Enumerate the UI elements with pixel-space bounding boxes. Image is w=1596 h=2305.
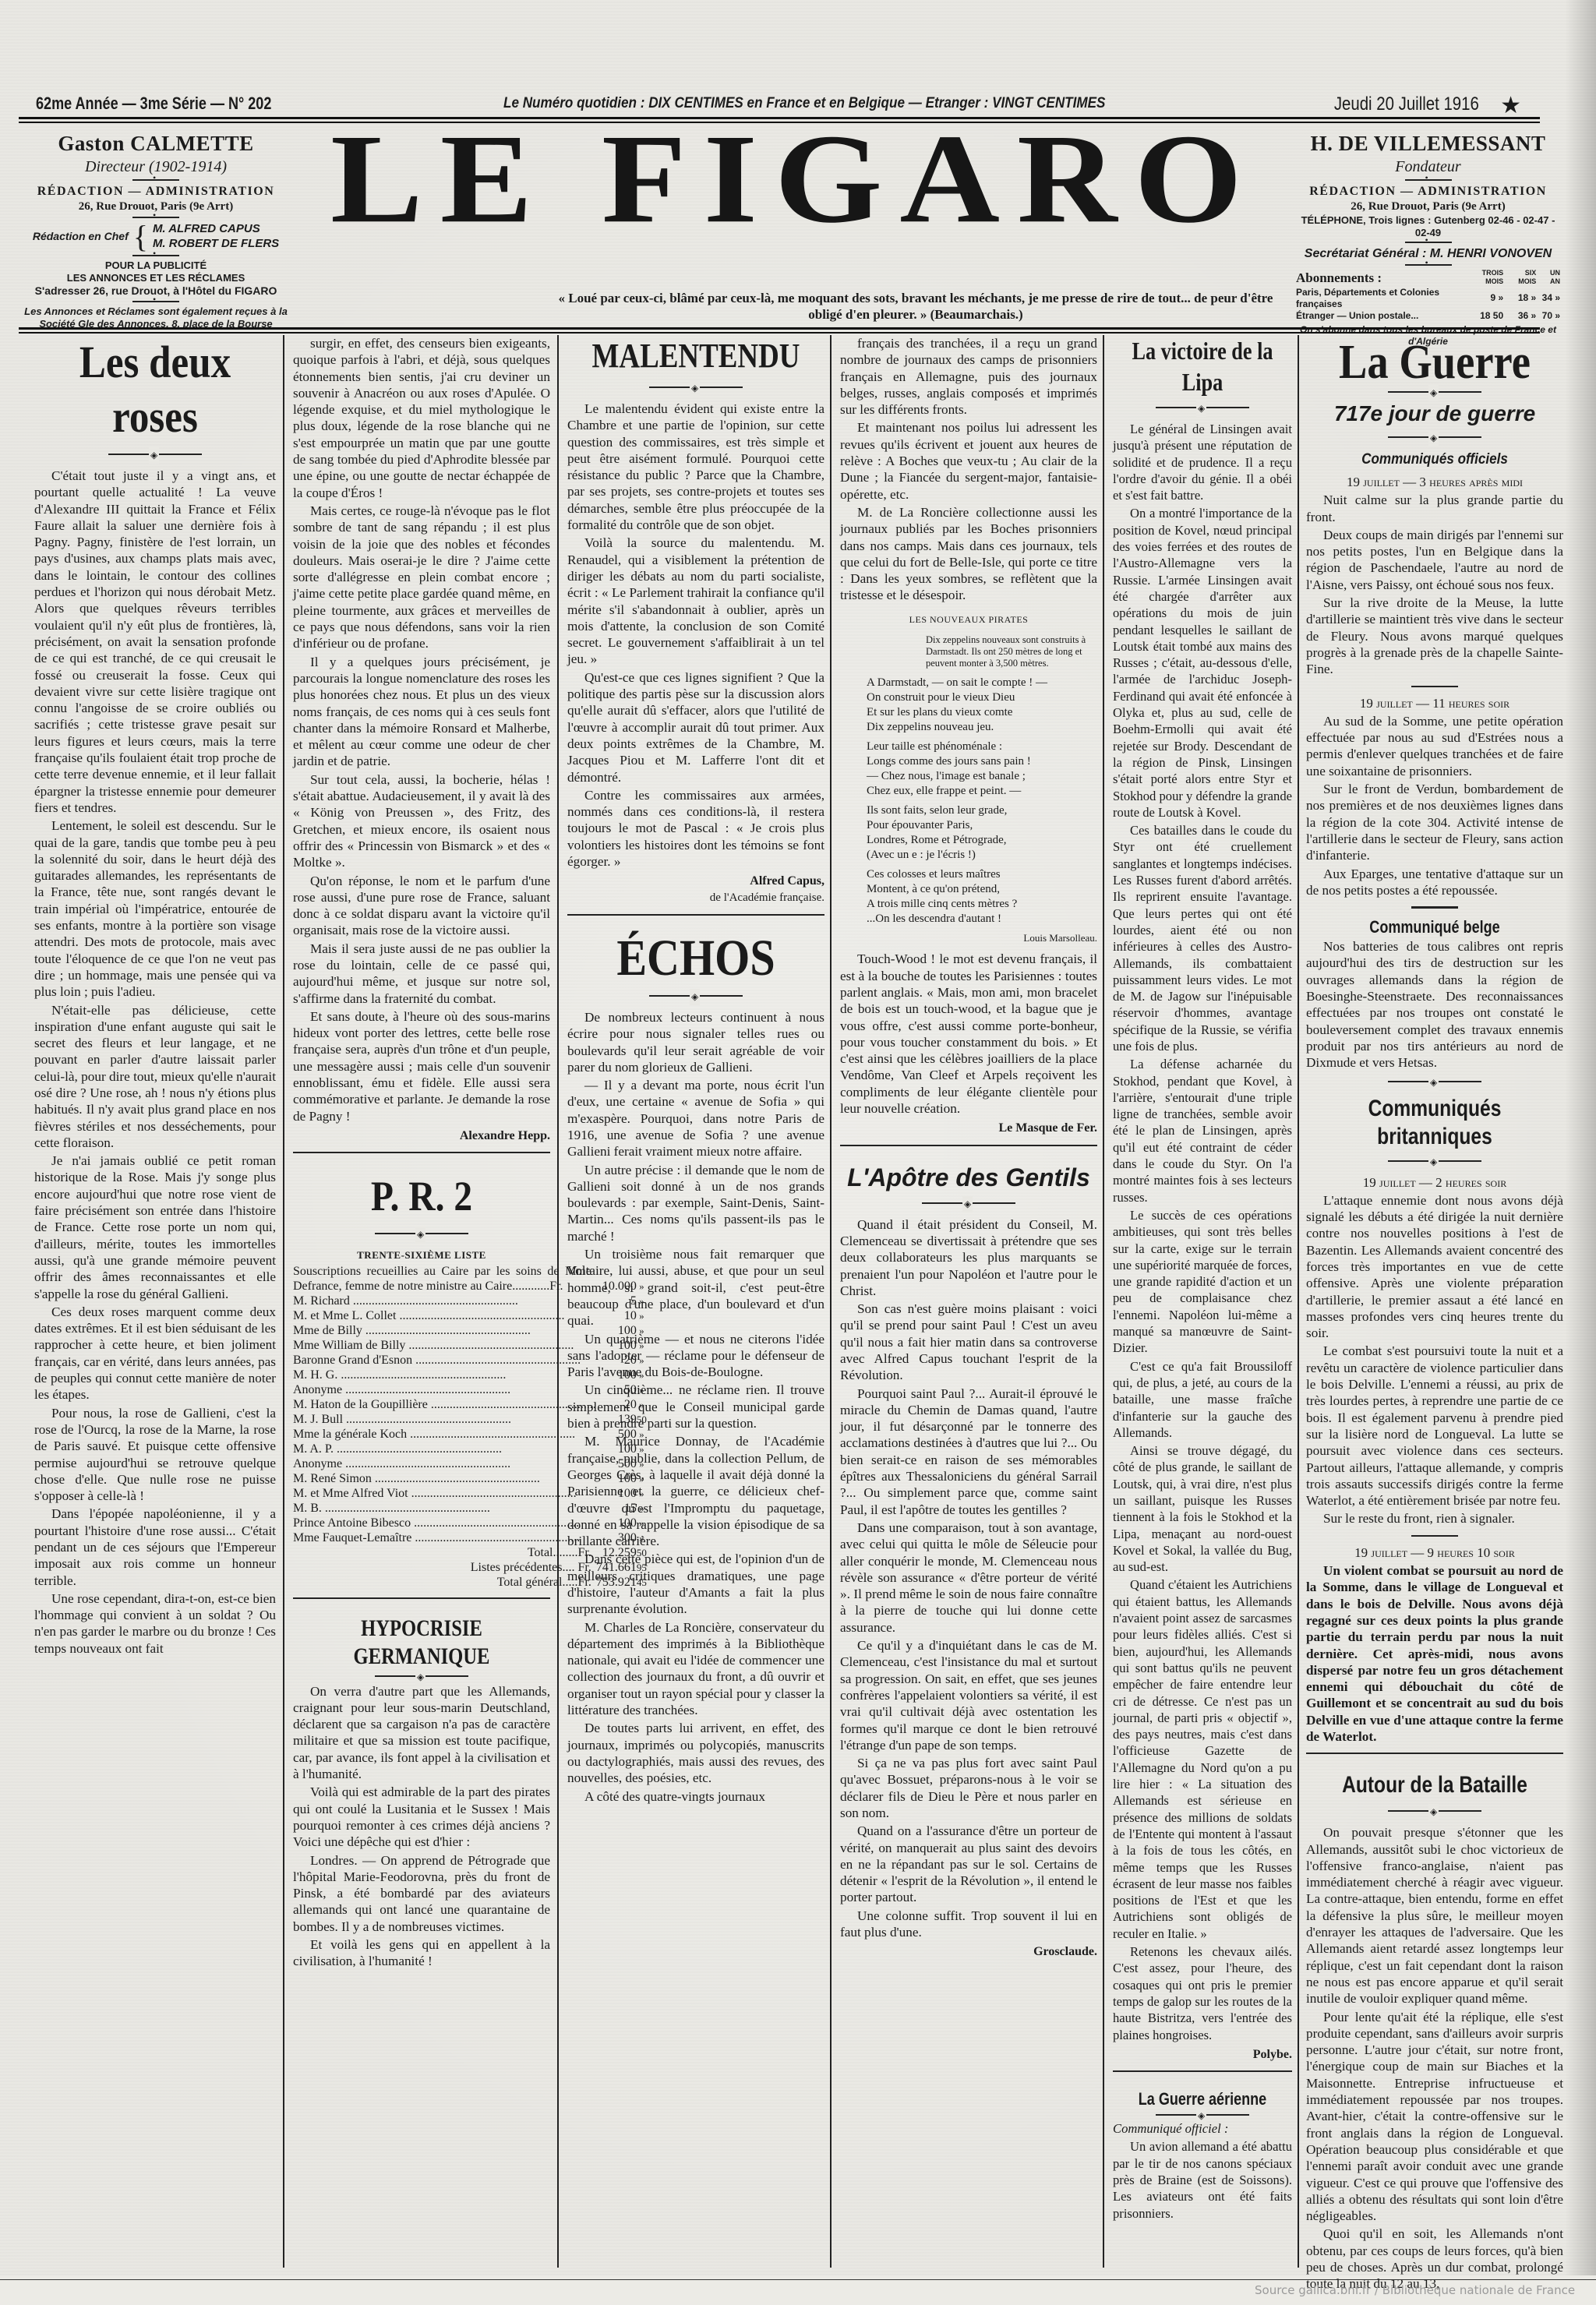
newspaper-logo: LE FIGARO [304,125,1286,232]
masthead-rule [19,327,1540,334]
poem-stanza: A Darmstadt, — on sait le compte ! —On c… [867,676,1097,735]
poem-title: LES NOUVEAUX PIRATES [840,612,1097,628]
ornament-icon [1388,1160,1481,1162]
ornament-icon [375,1233,468,1234]
article-paragraph: Le succès de ces opérations ambitieuses,… [1113,1207,1292,1357]
donor-name: Mme William de Billy [293,1338,596,1353]
dateline: 19 juillet — 3 heures après midi [1306,474,1563,490]
donor-name: Baronne Grand d'Esnon [293,1353,596,1368]
article-paragraph: Il y a quelques jours précisément, je pa… [293,654,550,770]
article-body-continued: français des tranchées, il a reçu un gra… [840,335,1097,604]
poem-line: A trois mille cinq cents mètres ? [867,897,1097,912]
ornament-icon [1405,264,1452,267]
article-paragraph: On pouvait presque s'étonner que les All… [1306,1824,1563,2007]
article-paragraph: Dans une comparaison, tout à son avantag… [840,1520,1097,1636]
article-paragraph: M. Charles de La Roncière, conservateur … [567,1619,824,1719]
article-author: Polybe. [1113,2046,1292,2063]
abo-price: 70 » [1538,310,1562,322]
section-divider [567,914,824,923]
poem: A Darmstadt, — on sait le compte ! —On c… [840,676,1097,927]
article-paragraph: Voilà qui est admirable de la part des p… [293,1784,550,1850]
article-paragraph: N'était-elle pas délicieuse, cette inspi… [34,1002,276,1152]
article-paragraph: Quand on a l'assurance d'être un porteur… [840,1823,1097,1905]
donor-name: Listes précédentes.... Fr. [293,1560,596,1575]
article-paragraph: Pourquoi saint Paul ?... Aurait-il éprou… [840,1385,1097,1518]
poem-line: Chez eux, elle frappe et peint. — [867,784,1097,799]
article-paragraph: A côté des quatre-vingts journaux [567,1788,824,1805]
source-credit: Source gallica.bnf.fr / Bibliothèque nat… [1255,2283,1575,2297]
article-body: Le malentendu évident qui existe entre l… [567,401,824,870]
article-paragraph: Quand c'étaient les Autrichiens qui étai… [1113,1576,1292,1942]
ornament-icon [132,301,179,303]
article-author: Le Masque de Fer. [840,1120,1097,1136]
abo-label: Paris, Départements et Colonies français… [1294,287,1464,310]
abo-col-header: TROIS MOIS [1464,269,1506,287]
donor-name: M. et Mme Alfred Viot [293,1486,596,1501]
abo-price: 36 » [1506,310,1538,322]
article-paragraph: Au sud de la Somme, une petite opération… [1306,713,1563,779]
masthead-left: Gaston CALMETTE Directeur (1902-1914) RÉ… [23,131,288,330]
poem-line: Pour épouvanter Paris, [867,818,1097,833]
article-paragraph: Qu'est-ce que ces lignes signifient ? Qu… [567,669,824,785]
article-paragraph: La défense acharnée du Stokhod, pendant … [1113,1056,1292,1205]
article-paragraph: Un quatrième — et nous ne citerons l'idé… [567,1331,824,1381]
war-day: 717e jour de guerre [1306,401,1563,427]
article-paragraph: Qu'on réponse, le nom et le parfum d'une… [293,873,550,939]
poem-line: Et sur les plans du vieux comte [867,705,1097,720]
redaction-label: RÉDACTION — ADMINISTRATION [23,184,288,199]
poem-stanza: Ces colosses et leurs maîtresMontent, à … [867,867,1097,927]
article-paragraph: Sur le reste du front, rien à signaler. [1306,1510,1563,1527]
section-title: Communiqué belge [1329,916,1541,938]
article-paragraph: Son cas n'est guère moins plaisant : voi… [840,1301,1097,1383]
article-paragraph: Voilà la source du malentendu. M. Renaud… [567,535,824,667]
founder-name: H. DE VILLEMESSANT [1294,131,1562,157]
column-6: La Guerre 717e jour de guerre Communiqué… [1306,335,1563,2293]
list-subtitle: TRENTE-SIXIÈME LISTE [293,1247,550,1263]
column-5: La victoire de la Lipa Le général de Lin… [1113,335,1292,2222]
article-paragraph: Un violent combat se poursuit au nord de… [1306,1562,1563,1745]
article-title: P. R. 2 [309,1169,535,1223]
article-title: HYPOCRISIE GERMANIQUE [316,1615,528,1671]
article-paragraph: Sur la rive droite de la Meuse, la lutte… [1306,595,1563,677]
communique-body: L'attaque ennemie dont nous avons déjà s… [1306,1192,1563,1527]
donor-name: Anonyme [293,1382,596,1397]
poem-line: On construit pour le vieux Dieu [867,690,1097,705]
issue-date: Jeudi 20 Juillet 1916 [1334,94,1479,115]
article-body: Quand il était président du Conseil, M. … [840,1216,1097,1941]
section-title: Communiqués britanniques [1329,1095,1541,1151]
abo-price: 34 » [1538,287,1562,310]
poem-line: Montent, à ce qu'on prétend, [867,882,1097,897]
subscription-table: Abonnements : TROIS MOIS SIX MOIS UN AN … [1294,269,1562,322]
poem-stanza: Ils sont faits, selon leur grade,Pour ép… [867,803,1097,863]
communique-paragraph: Nos batteries de tous calibres ont repri… [1306,938,1563,1071]
ornament-icon [1405,179,1452,182]
article-paragraph: Un cinquième... ne réclame rien. Il trou… [567,1382,824,1431]
ornament-icon [132,179,179,182]
publicity-label: LES ANNONCES ET LES RÉCLAMES [23,272,288,284]
article-paragraph: M. Maurice Donnay, de l'Académie françai… [567,1433,824,1549]
article-paragraph: Un troisième nous fait remarquer que Vol… [567,1246,824,1329]
donor-name: M. A. P. [293,1442,596,1456]
section-title: Communiqués officiels [1319,450,1551,469]
article-paragraph: Sur tout cela, aussi, la bocherie, hélas… [293,771,550,871]
poem-line: (Avec un e : je l'écris !) [867,848,1097,863]
donor-name: Total........Fr. [293,1545,596,1560]
article-body: On verra d'autre part que les Allemands,… [293,1683,550,1970]
star-icon: ★ [1500,92,1521,119]
section-divider [1113,2070,1292,2080]
column-rule [283,335,284,2268]
article-author: Alfred Capus, [567,873,824,889]
poem-author: Louis Marsolleau. [840,930,1097,946]
article-paragraph: français des tranchées, il a reçu un gra… [840,335,1097,418]
donor-name: Mme Fauquet-Lemaître [293,1530,596,1545]
article-paragraph: Un avion allemand a été abattu par le ti… [1113,2138,1292,2221]
article-paragraph: Un autre précise : il demande que le nom… [567,1162,824,1244]
article-paragraph: Une rose cependant, dira-t-on, est-ce bi… [34,1590,276,1657]
list-intro: Souscriptions recueillies au Caire par l… [293,1264,596,1294]
donor-name: M. B. [293,1501,596,1516]
article-body: Le général de Linsingen avait jusqu'à pr… [1113,421,1292,2043]
article-body: On pouvait presque s'étonner que les All… [1306,1824,1563,2292]
article-paragraph: Ce qu'il y a d'inquiétant dans le cas de… [840,1637,1097,1753]
abo-label: Étranger — Union postale... [1294,310,1464,322]
article-paragraph: On verra d'autre part que les Allemands,… [293,1683,550,1783]
donor-name: Mme la générale Koch [293,1427,596,1442]
article-paragraph: Mais certes, ce rouge-là n'évoque pas le… [293,503,550,652]
ornament-icon [1156,407,1249,408]
abo-row: Étranger — Union postale... 18 50 36 » 7… [1294,310,1562,322]
article-body: De nombreux lecteurs continuent à nous é… [567,1009,824,1805]
ornament-icon [1388,1810,1481,1812]
article-paragraph: L'attaque ennemie dont nous avons déjà s… [1306,1192,1563,1342]
masthead-right: H. DE VILLEMESSANT Fondateur RÉDACTION —… [1294,131,1562,348]
donor-name: Mme de Billy [293,1323,596,1338]
poem-line: A Darmstadt, — on sait le compte ! — [867,676,1097,690]
motto: « Loué par ceux-ci, blâmé par ceux-là, m… [546,290,1286,323]
article-paragraph: Dans cette pièce qui est, de l'opinion d… [567,1551,824,1617]
article-title: Autour de la Bataille [1329,1770,1541,1801]
article-paragraph: Sur le front de Verdun, bombardement de … [1306,781,1563,863]
article-paragraph: Ces batailles dans le coude du Styr ont … [1113,822,1292,1054]
article-paragraph: Touch-Wood ! le mot est devenu français,… [840,951,1097,1117]
poem-line: — Chez nous, l'image est banale ; [867,769,1097,784]
abo-col-header: UN AN [1538,269,1562,287]
donor-name: M. Richard [293,1294,596,1308]
article-paragraph: Et maintenant nos poilus lui adressent l… [840,419,1097,502]
donor-name: M. J. Bull [293,1412,596,1427]
ornament-icon [132,255,179,257]
author-affiliation: de l'Académie française. [567,890,824,906]
article-paragraph: Pour lente qu'ait été la réplique, elle … [1306,2009,1563,2225]
column-rule [830,335,832,2268]
donor-name: M. et Mme L. Collet [293,1308,596,1323]
article-body: C'était tout juste il y a vingt ans, et … [34,468,276,1657]
ornament-icon [1388,436,1481,438]
abo-price: 9 » [1464,287,1506,310]
article-paragraph: Une colonne suffit. Trop souvent il lui … [840,1908,1097,1941]
article-paragraph: On a montré l'importance de la position … [1113,505,1292,821]
poem-line: ...On les descendra d'autant ! [867,912,1097,927]
article-paragraph: Le général de Linsingen avait jusqu'à pr… [1113,421,1292,503]
poem-line: Dix zeppelins nouveau jeu. [867,720,1097,735]
column-4: français des tranchées, il a reçu un gra… [840,335,1097,1965]
column-rule [1103,335,1104,2268]
donor-name: Anonyme [293,1456,596,1471]
donor-name: M. René Simon [293,1471,596,1486]
article-paragraph: Dans l'épopée napoléonienne, il y a pour… [34,1505,276,1588]
poem-line: Ils sont faits, selon leur grade, [867,803,1097,818]
article-paragraph: — Il y a devant ma porte, nous écrit l'u… [567,1077,824,1160]
ornament-icon [108,454,202,455]
article-paragraph: Pour nous, la rose de Gallieni, c'est la… [34,1405,276,1505]
article-paragraph: De nombreux lecteurs continuent à nous é… [567,1009,824,1075]
article-title: MALENTENDU [588,335,803,377]
brace-icon: { [133,221,148,252]
article-title: L'Apôtre des Gentils [840,1162,1097,1193]
article-paragraph: Et voilà les gens qui en appellent à la … [293,1936,550,1970]
ornament-icon [649,995,743,997]
article-author: Grosclaude. [840,1943,1097,1960]
ornament-icon [649,387,743,388]
communique-body: Un violent combat se poursuit au nord de… [1306,1562,1563,1745]
article-author: Alexandre Hepp. [293,1128,550,1144]
ornament-icon [922,1202,1015,1204]
chef-label: Rédaction en Chef [33,230,129,244]
article-paragraph: Ces deux roses marquent comme deux dates… [34,1304,276,1403]
article-paragraph: Ainsi se trouve dégagé, du côté de plus … [1113,1442,1292,1575]
footer-rule [0,2279,1596,2280]
article-title: La victoire de la Lipa [1129,335,1276,397]
article-paragraph: C'était tout juste il y a vingt ans, et … [34,468,276,816]
chef-name: M. ALFRED CAPUS [153,222,279,237]
article-paragraph: Lentement, le soleil est descendu. Sur l… [34,817,276,1000]
donor-name: Total général.....Fr. [293,1575,596,1590]
article-paragraph: C'est ce qu'a fait Broussiloff qui, de p… [1113,1358,1292,1441]
director-name: Gaston CALMETTE [23,131,288,157]
poem-stanza: Leur taille est phénoménale :Longs comme… [867,740,1097,799]
abo-price: 18 50 [1464,310,1506,322]
abo-row: Paris, Départements et Colonies français… [1294,287,1562,310]
article-paragraph: Nuit calme sur la plus grande partie du … [1306,492,1563,525]
poem-line: Longs comme des jours sans pain ! [867,754,1097,769]
donor-name: M. H. G. [293,1368,596,1382]
article-paragraph: Londres. — On apprend de Pétrograde que … [293,1852,550,1935]
poem-epigraph: Dix zeppelins nouveaux sont construits à… [926,634,1097,669]
abonnements-label: Abonnements : [1294,269,1464,287]
column-rule [1298,335,1299,2268]
ornament-icon [1388,391,1481,393]
poem-line: Leur taille est phénoménale : [867,740,1097,754]
poem-line: Ces colosses et leurs maîtres [867,867,1097,882]
section-divider [1306,1753,1563,1762]
article-paragraph: Si ça ne va pas plus fort avec saint Pau… [840,1755,1097,1821]
article-paragraph: Aux Eparges, une tentative d'attaque sur… [1306,866,1563,899]
article-title: La Guerre [1322,335,1548,390]
article-paragraph: Mais il sera juste aussi de ne pas oubli… [293,941,550,1007]
article-paragraph: Le combat s'est poursuivi toute la nuit … [1306,1343,1563,1509]
article-paragraph: surgir, en effet, des censeurs bien exig… [293,335,550,501]
ornament-icon [132,217,179,219]
column-3: MALENTENDU Le malentendu évident qui exi… [567,335,824,1805]
dateline: 19 juillet — 9 heures 10 soir [1306,1544,1563,1561]
scan-shadow [1565,0,1596,2275]
ornament-icon [1405,242,1452,244]
dateline: 19 juillet — 2 heures soir [1306,1174,1563,1191]
communique-body: Nuit calme sur la plus grande partie du … [1306,492,1563,677]
poem-line: Londres, Rome et Pétrograde, [867,833,1097,848]
article-paragraph: Retenons les chevaux ailés. C'est assez,… [1113,1943,1292,2043]
abo-col-header: SIX MOIS [1506,269,1538,287]
donor-name: Prince Antoine Bibesco [293,1516,596,1530]
article-body-continued: surgir, en effet, des censeurs bien exig… [293,335,550,1124]
dateline: 19 juillet — 11 heures soir [1306,695,1563,711]
article-paragraph: Le malentendu évident qui existe entre l… [567,401,824,533]
section-divider [293,1597,550,1607]
article-paragraph: M. de La Roncière collectionne aussi les… [840,504,1097,604]
address: 26, Rue Drouot, Paris (9e Arrt) [1294,199,1562,214]
article-title: ÉCHOS [583,931,809,986]
ornament-icon [1388,1081,1481,1082]
donor-name: M. Haton de la Goupillière [293,1397,596,1412]
section-divider [840,1145,1097,1154]
ornament-icon [1156,2114,1249,2116]
article-deux-roses: Les deux roses C'était tout juste il y a… [34,335,276,1657]
communique-body: Au sud de la Somme, une petite opération… [1306,713,1563,898]
article-paragraph: Et sans doute, à l'heure où des sous-mar… [293,1008,550,1124]
issue-number: 62me Année — 3me Série — N° 202 [36,94,271,114]
redaction-label: RÉDACTION — ADMINISTRATION [1294,184,1562,199]
article-title: Les deux roses [49,335,262,444]
column-2: surgir, en effet, des censeurs bien exig… [293,335,550,1970]
article-paragraph: Deux coups de main dirigés par l'ennemi … [1306,527,1563,593]
section-divider [293,1152,550,1161]
article-paragraph: De toutes parts lui arrivent, en effet, … [567,1720,824,1786]
article-paragraph: Contre les commissaires aux armées, nomm… [567,787,824,870]
chef-name: M. ROBERT DE FLERS [153,237,279,252]
publicity-label: POUR LA PUBLICITÉ [23,259,288,272]
abo-price: 18 » [1506,287,1538,310]
article-paragraph: Quand il était président du Conseil, M. … [840,1216,1097,1299]
ornament-icon [375,1675,468,1677]
article-paragraph: Je n'ai jamais oublié ce petit roman his… [34,1152,276,1302]
article-paragraph: Quoi qu'il en soit, les Allemands n'ont … [1306,2226,1563,2292]
